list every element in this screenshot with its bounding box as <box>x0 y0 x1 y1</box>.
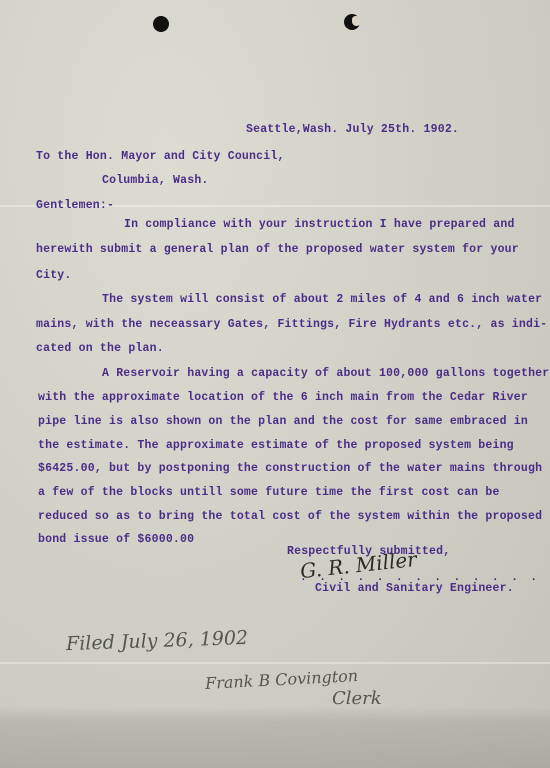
body-line: reduced so as to bring the total cost of… <box>38 510 542 523</box>
body-line: herewith submit a general plan of the pr… <box>36 243 519 256</box>
place-date: Seattle,Wash. July 25th. 1902. <box>246 123 459 136</box>
punch-hole <box>153 16 169 32</box>
addressee-line-1: To the Hon. Mayor and City Council, <box>36 150 285 163</box>
signer-title: Civil and Sanitary Engineer. <box>315 582 514 595</box>
addressee-line-2: Columbia, Wash. <box>102 174 209 187</box>
body-line: City. <box>36 269 72 282</box>
handwritten-filed-note: Filed July 26, 1902 <box>66 627 249 655</box>
body-line: A Reservoir having a capacity of about 1… <box>102 367 549 380</box>
body-line: bond issue of $6000.00 <box>38 533 194 546</box>
body-line: pipe line is also shown on the plan and … <box>38 415 528 428</box>
body-line: The system will consist of about 2 miles… <box>102 293 542 306</box>
body-line: the estimate. The approximate estimate o… <box>38 439 514 452</box>
body-line: a few of the blocks untill some future t… <box>38 486 500 499</box>
body-line: with the approximate location of the 6 i… <box>38 391 528 404</box>
body-line: cated on the plan. <box>36 342 164 355</box>
body-line: mains, with the neceassary Gates, Fittin… <box>36 318 547 331</box>
salutation: Gentlemen:- <box>36 199 114 212</box>
handwritten-clerk-title: Clerk <box>332 688 382 709</box>
letter-page: Seattle,Wash. July 25th. 1902. To the Ho… <box>0 0 550 768</box>
paper-fold-crease <box>0 662 550 664</box>
punch-hole-torn <box>344 14 360 30</box>
body-line: In compliance with your instruction I ha… <box>124 218 515 231</box>
body-line: $6425.00, but by postponing the construc… <box>38 462 542 475</box>
